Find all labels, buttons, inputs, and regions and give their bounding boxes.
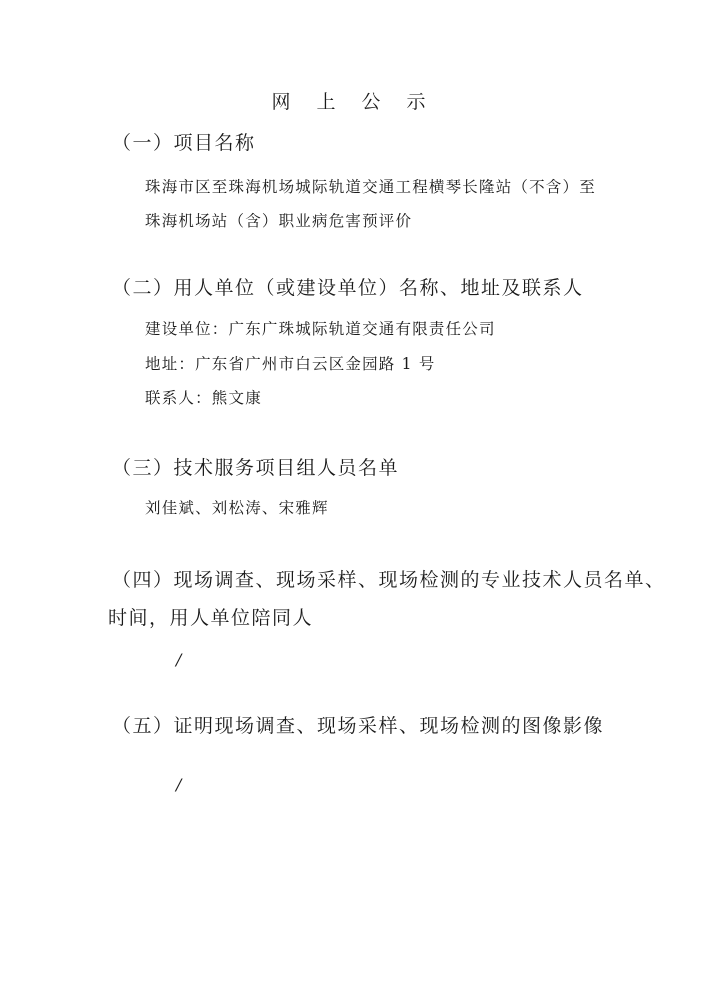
project-name-line-2: 珠海机场站（含）职业病危害预评价 (145, 210, 412, 232)
address: 地址：广东省广州市白云区金园路 1 号 (145, 353, 436, 375)
project-name-line-1: 珠海市区至珠海机场城际轨道交通工程横琴长隆站（不含）至 (145, 176, 596, 198)
section-3-heading: （三）技术服务项目组人员名单 (112, 455, 399, 481)
team-members: 刘佳斌、刘松涛、宋雅辉 (145, 497, 329, 519)
section-2-heading: （二）用人单位（或建设单位）名称、地址及联系人 (112, 275, 584, 301)
document-title: 网 上 公 示 (0, 90, 707, 114)
section-4-empty-value: / (176, 650, 181, 670)
contact-person: 联系人：熊文康 (145, 387, 262, 409)
section-4-heading-continued: 时间，用人单位陪同人 (108, 605, 313, 631)
section-5-heading: （五）证明现场调查、现场采样、现场检测的图像影像 (112, 713, 604, 739)
document-page: 网 上 公 示 （一）项目名称 珠海市区至珠海机场城际轨道交通工程横琴长隆站（不… (0, 0, 707, 1000)
construction-unit: 建设单位：广东广珠城际轨道交通有限责任公司 (145, 318, 496, 340)
section-1-heading: （一）项目名称 (112, 130, 256, 156)
section-4-heading: （四）现场调查、现场采样、现场检测的专业技术人员名单、 (112, 567, 666, 593)
section-5-empty-value: / (176, 775, 181, 795)
